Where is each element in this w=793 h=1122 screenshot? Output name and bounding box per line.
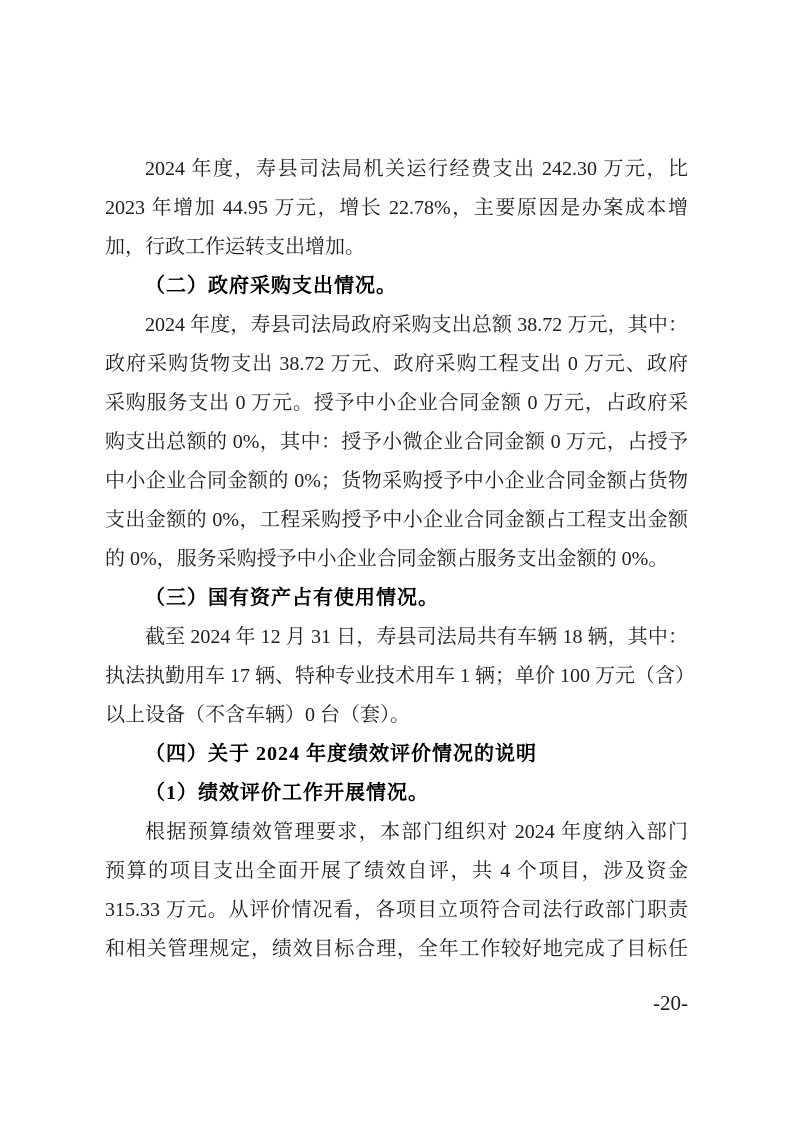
paragraph-line: 加，行政工作运转支出增加。	[105, 228, 688, 267]
section-heading: （二）政府采购支出情况。	[105, 267, 688, 306]
paragraph-line: 2024 年度，寿县司法局机关运行经费支出 242.30 万元，比	[105, 150, 688, 189]
paragraph-line: 根据预算绩效管理要求，本部门组织对 2024 年度纳入部门	[105, 813, 688, 852]
document-page: 2024 年度，寿县司法局机关运行经费支出 242.30 万元，比 2023 年…	[0, 0, 793, 1122]
paragraph-line: 和相关管理规定，绩效目标合理，全年工作较好地完成了目标任	[105, 930, 688, 969]
paragraph-line: 预算的项目支出全面开展了绩效自评，共 4 个项目，涉及资金	[105, 852, 688, 891]
page-number: -20-	[105, 984, 688, 1023]
section-heading: （四）关于 2024 年度绩效评价情况的说明	[105, 735, 688, 774]
paragraph-line: 采购服务支出 0 万元。授予中小企业合同金额 0 万元，占政府采	[105, 384, 688, 423]
paragraph-line: 截至 2024 年 12 月 31 日，寿县司法局共有车辆 18 辆，其中：	[105, 618, 688, 657]
paragraph-line: 中小企业合同金额的 0%；货物采购授予中小企业合同金额占货物	[105, 462, 688, 501]
paragraph-line: 的 0%，服务采购授予中小企业合同金额占服务支出金额的 0%。	[105, 540, 688, 579]
section-heading: （三）国有资产占有使用情况。	[105, 579, 688, 618]
paragraph-line: 购支出总额的 0%，其中：授予小微企业合同金额 0 万元，占授予	[105, 423, 688, 462]
paragraph-line: 执法执勤用车 17 辆、特种专业技术用车 1 辆；单价 100 万元（含）	[105, 657, 688, 696]
paragraph-line: 政府采购货物支出 38.72 万元、政府采购工程支出 0 万元、政府	[105, 345, 688, 384]
paragraph-line: 2024 年度，寿县司法局政府采购支出总额 38.72 万元，其中：	[105, 306, 688, 345]
page-body: 2024 年度，寿县司法局机关运行经费支出 242.30 万元，比 2023 年…	[105, 150, 688, 969]
paragraph-line: 支出金额的 0%，工程采购授予中小企业合同金额占工程支出金额	[105, 501, 688, 540]
paragraph-line: 2023 年增加 44.95 万元，增长 22.78%，主要原因是办案成本增	[105, 189, 688, 228]
paragraph-line: 315.33 万元。从评价情况看，各项目立项符合司法行政部门职责	[105, 891, 688, 930]
section-subheading: （1）绩效评价工作开展情况。	[105, 774, 688, 813]
paragraph-line: 以上设备（不含车辆）0 台（套）。	[105, 696, 688, 735]
